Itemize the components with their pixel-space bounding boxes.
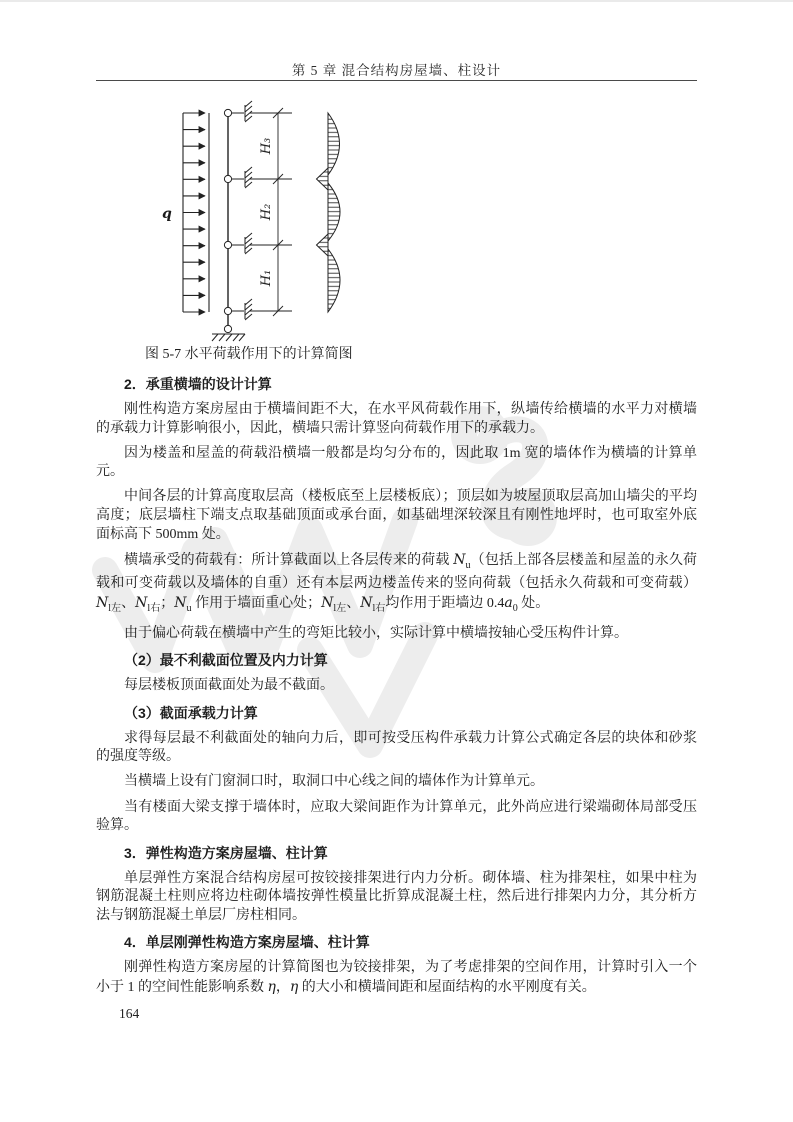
section-heading: 3．弹性构造方案房屋墙、柱计算 [96, 844, 697, 863]
paragraph: 当横墙上设有门窗洞口时，取洞口中心线之间的墙体作为计算单元。 [96, 773, 697, 792]
paragraph: 刚性构造方案房屋由于横墙间距不大，在水平风荷载作用下，纵墙传给横墙的水平力对横墙… [96, 401, 697, 438]
height-label: H₃ [259, 138, 274, 156]
figure-caption: 图 5-7 水平荷载作用下的计算简图 [145, 343, 353, 363]
paragraph: 横墙承受的荷载有：所计算截面以上各层传来的荷载 Nu（包括上部各层楼盖和屋盖的永… [96, 551, 697, 618]
chapter-header: 第 5 章 混合结构房屋墙、柱设计 [96, 59, 697, 79]
paragraph: 中间各层的计算高度取层高（楼板底至上层楼板底）；顶层如为坡屋顶取层高加山墙尖的平… [96, 488, 697, 544]
fixed-base-support [212, 325, 245, 341]
paragraph: 每层楼板顶面截面处为最不截面。 [96, 677, 697, 696]
page-number: 164 [119, 1006, 139, 1022]
height-label: H₂ [259, 204, 274, 222]
paragraph: 当有楼面大梁支撑于墙体时，应取大梁间距作为计算单元，此外尚应进行梁端砌体局部受压… [96, 799, 697, 836]
section-heading: 2．承重横墙的设计计算 [96, 375, 697, 394]
section-heading: （2）最不利截面位置及内力计算 [96, 651, 697, 670]
moment-diagram [317, 113, 341, 312]
document-page: 第 5 章 混合结构房屋墙、柱设计 [0, 0, 793, 1122]
page-edge [0, 0, 793, 2]
load-label: q [162, 206, 172, 222]
paragraph: 由于偏心荷载在横墙中产生的弯矩比较小，实际计算中横墙按轴心受压构件计算。 [96, 625, 697, 644]
paragraph: 单层弹性方案混合结构房屋可按铰接排架进行内力分析。砌体墙、柱为排架柱，如果中柱为… [96, 870, 697, 926]
body-text: 2．承重横墙的设计计算 刚性构造方案房屋由于横墙间距不大，在水平风荷载作用下，纵… [96, 373, 697, 1004]
header-rule [96, 80, 697, 81]
height-label: H₁ [259, 270, 274, 288]
paragraph: 刚弹性构造方案房屋的计算简图也为铰接排架，为了考虑排架的空间作用，计算时引入一个… [96, 959, 697, 997]
paragraph: 求得每层最不利截面处的轴向力后，即可按受压构件承载力计算公式确定各层的块体和砂浆… [96, 730, 697, 767]
paragraph: 因为楼盖和屋盖的荷载沿横墙一般都是均匀分布的，因此取 1m 宽的墙体作为横墙的计… [96, 445, 697, 482]
figure-diagram: q [150, 95, 400, 363]
section-heading: （3）截面承载力计算 [96, 704, 697, 723]
distributed-load [183, 113, 209, 312]
section-heading: 4．单层刚弹性构造方案房屋墙、柱计算 [96, 933, 697, 952]
